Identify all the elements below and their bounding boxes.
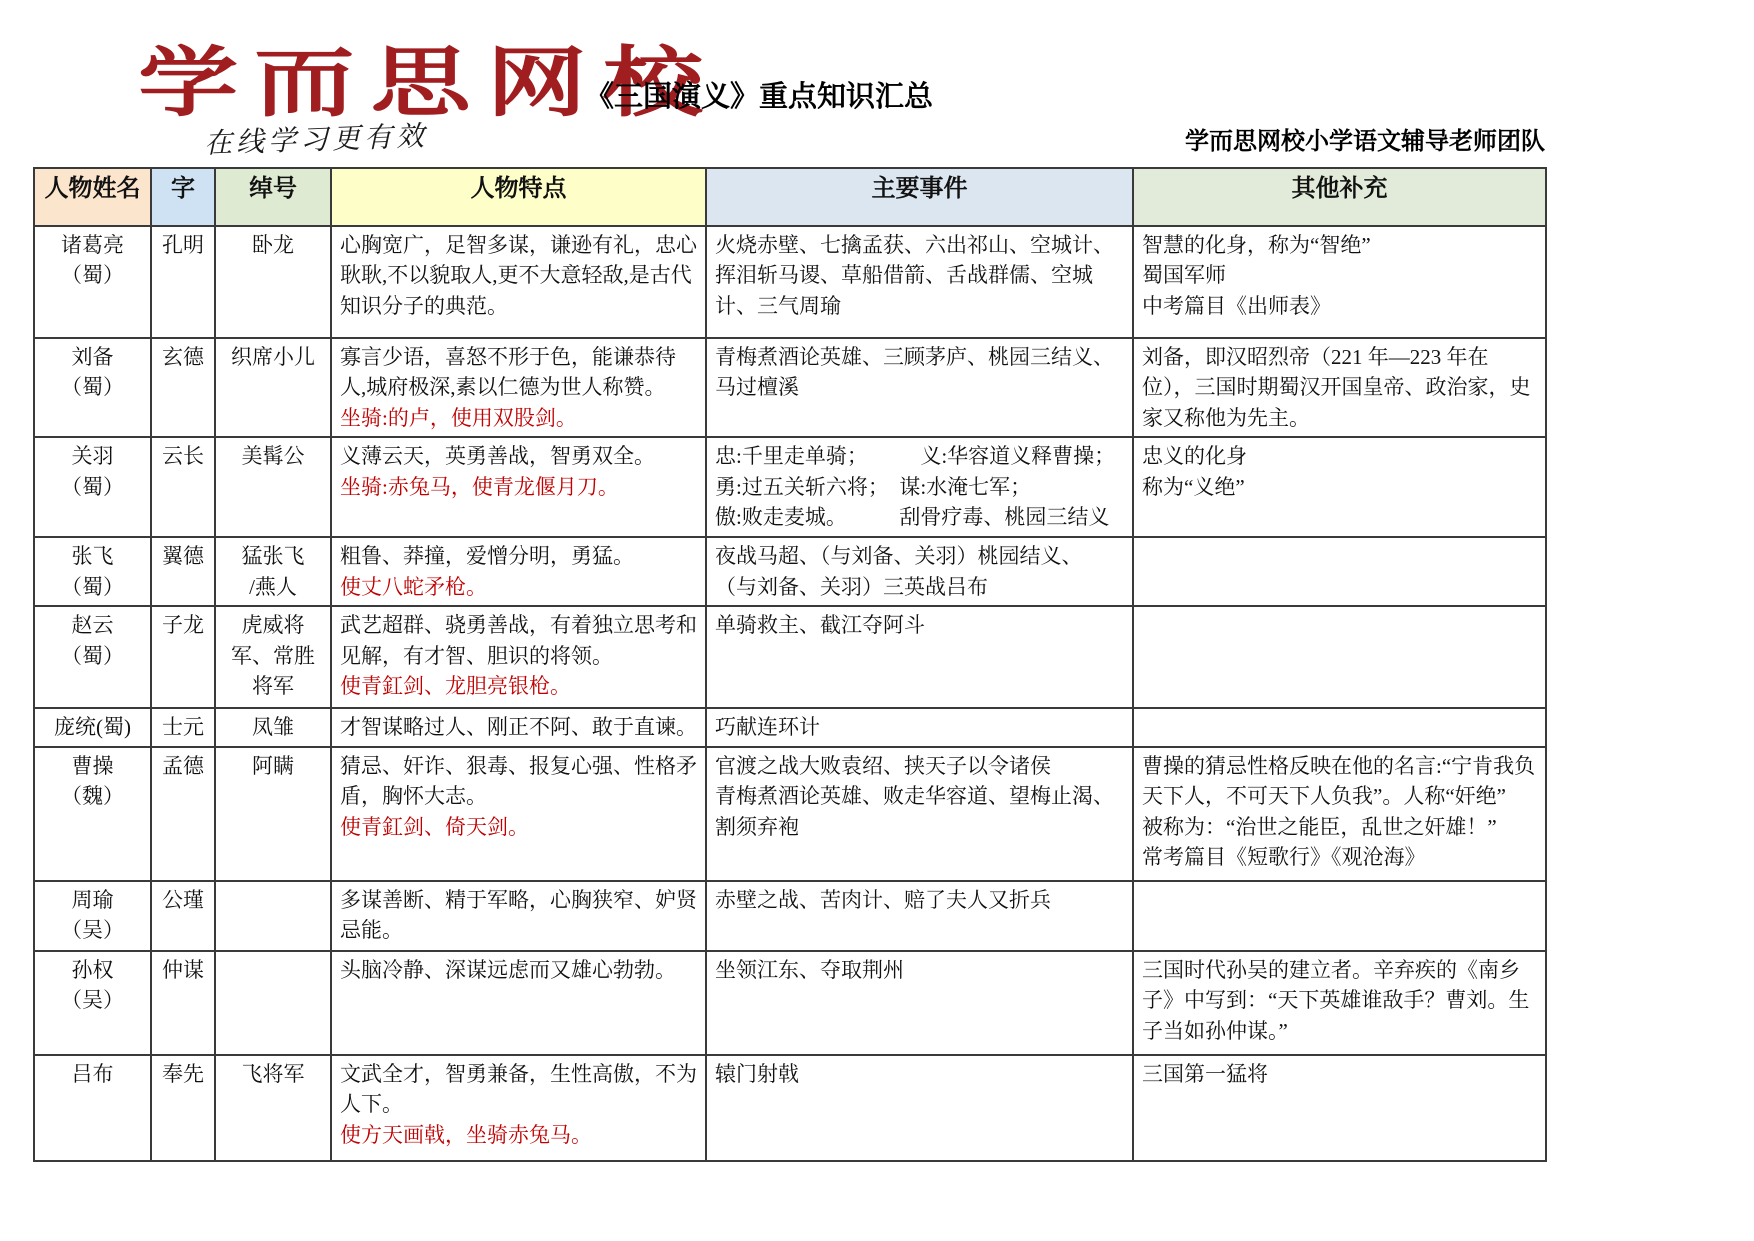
table-row-caocao: 曹操 （魏）孟德阿瞒猜忌、奸诈、狠毒、报复心强、性格矛盾，胸怀大志。使青釭剑、倚… xyxy=(34,747,1546,881)
cell-traits: 才智谋略过人、刚正不阿、敢于直谏。 xyxy=(331,708,706,746)
traits-text: 心胸宽广，足智多谋，谦逊有礼，忠心耿耿,不以貌取人,更不大意轻敌,是古代知识分子… xyxy=(340,233,697,318)
cell-nickname: 阿瞒 xyxy=(215,747,331,881)
cell-traits: 文武全才，智勇兼备，生性高傲，不为人下。使方天画戟，坐骑赤兔马。 xyxy=(331,1055,706,1161)
cell-courtesy-name: 孟德 xyxy=(151,747,215,881)
cell-character-name: 赵云 （蜀） xyxy=(34,606,151,708)
cell-main-events: 青梅煮酒论英雄、三顾茅庐、桃园三结义、马过檀溪 xyxy=(706,338,1133,437)
cell-nickname: 凤雏 xyxy=(215,708,331,746)
cell-main-events: 坐领江东、夺取荆州 xyxy=(706,951,1133,1055)
column-header-courtesy-name: 字 xyxy=(151,168,215,226)
traits-text: 武艺超群、骁勇善战，有着独立思考和见解，有才智、胆识的将领。 xyxy=(340,613,697,667)
column-header-name: 人物姓名 xyxy=(34,168,151,226)
cell-character-name: 吕布 xyxy=(34,1055,151,1161)
traits-highlight-red: 使丈八蛇矛枪。 xyxy=(340,572,697,602)
cell-notes xyxy=(1133,881,1546,951)
table-header: 人物姓名字绰号人物特点主要事件其他补充 xyxy=(34,168,1546,226)
cell-courtesy-name: 仲谋 xyxy=(151,951,215,1055)
table-row-zhangfei: 张飞 （蜀）翼德猛张飞 /燕人粗鲁、莽撞，爱憎分明，勇猛。使丈八蛇矛枪。夜战马超… xyxy=(34,537,1546,606)
traits-highlight-red: 使方天画戟，坐骑赤兔马。 xyxy=(340,1120,697,1150)
cell-character-name: 诸葛亮 （蜀） xyxy=(34,226,151,338)
cell-main-events: 赤壁之战、苦肉计、赔了夫人又折兵 xyxy=(706,881,1133,951)
traits-text: 多谋善断、精于军略，心胸狭窄、妒贤忌能。 xyxy=(340,888,697,942)
traits-highlight-red: 使青釭剑、龙胆亮银枪。 xyxy=(340,671,697,701)
traits-text: 头脑冷静、深谋远虑而又雄心勃勃。 xyxy=(340,958,676,982)
cell-courtesy-name: 士元 xyxy=(151,708,215,746)
traits-text: 猜忌、奸诈、狠毒、报复心强、性格矛盾，胸怀大志。 xyxy=(340,754,697,808)
table-body: 诸葛亮 （蜀）孔明卧龙心胸宽广，足智多谋，谦逊有礼，忠心耿耿,不以貌取人,更不大… xyxy=(34,226,1546,1161)
column-header-nickname: 绰号 xyxy=(215,168,331,226)
traits-text: 义薄云天，英勇善战，智勇双全。 xyxy=(340,444,655,468)
cell-traits: 多谋善断、精于军略，心胸狭窄、妒贤忌能。 xyxy=(331,881,706,951)
traits-highlight-red: 坐骑:赤兔马，使青龙偃月刀。 xyxy=(340,472,697,502)
cell-traits: 寡言少语，喜怒不形于色，能谦恭待人,城府极深,素以仁德为世人称赞。坐骑:的卢，使… xyxy=(331,338,706,437)
cell-character-name: 关羽 （蜀） xyxy=(34,437,151,537)
cell-notes: 三国第一猛将 xyxy=(1133,1055,1546,1161)
cell-traits: 头脑冷静、深谋远虑而又雄心勃勃。 xyxy=(331,951,706,1055)
cell-nickname: 猛张飞 /燕人 xyxy=(215,537,331,606)
cell-traits: 武艺超群、骁勇善战，有着独立思考和见解，有才智、胆识的将领。使青釭剑、龙胆亮银枪… xyxy=(331,606,706,708)
cell-notes xyxy=(1133,606,1546,708)
cell-notes: 曹操的猜忌性格反映在他的名言:“宁肯我负天下人，不可天下人负我”。人称“奸绝” … xyxy=(1133,747,1546,881)
cell-nickname: 飞将军 xyxy=(215,1055,331,1161)
team-credit: 学而思网校小学语文辅导老师团队 xyxy=(1185,121,1545,156)
characters-table: 人物姓名字绰号人物特点主要事件其他补充 诸葛亮 （蜀）孔明卧龙心胸宽广，足智多谋… xyxy=(33,167,1547,1162)
cell-courtesy-name: 公瑾 xyxy=(151,881,215,951)
cell-notes: 忠义的化身 称为“义绝” xyxy=(1133,437,1546,537)
column-header-main-events: 主要事件 xyxy=(706,168,1133,226)
cell-notes: 智慧的化身，称为“智绝” 蜀国军师 中考篇目《出师表》 xyxy=(1133,226,1546,338)
table-row-liubei: 刘备 （蜀）玄德织席小儿寡言少语，喜怒不形于色，能谦恭待人,城府极深,素以仁德为… xyxy=(34,338,1546,437)
traits-text: 寡言少语，喜怒不形于色，能谦恭待人,城府极深,素以仁德为世人称赞。 xyxy=(340,345,676,399)
cell-character-name: 刘备 （蜀） xyxy=(34,338,151,437)
cell-notes xyxy=(1133,708,1546,746)
table-row-guanyu: 关羽 （蜀）云长美髯公义薄云天，英勇善战，智勇双全。坐骑:赤兔马，使青龙偃月刀。… xyxy=(34,437,1546,537)
traits-text: 才智谋略过人、刚正不阿、敢于直谏。 xyxy=(340,715,697,739)
cell-main-events: 夜战马超、（与刘备、关羽）桃园结义、 （与刘备、关羽）三英战吕布 xyxy=(706,537,1133,606)
cell-notes: 刘备，即汉昭烈帝（221 年—223 年在位），三国时期蜀汉开国皇帝、政治家，史… xyxy=(1133,338,1546,437)
cell-courtesy-name: 玄德 xyxy=(151,338,215,437)
traits-highlight-red: 坐骑:的卢，使用双股剑。 xyxy=(340,403,697,433)
cell-main-events: 火烧赤壁、七擒孟获、六出祁山、空城计、挥泪斩马谡、草船借箭、舌战群儒、空城计、三… xyxy=(706,226,1133,338)
cell-nickname: 卧龙 xyxy=(215,226,331,338)
cell-character-name: 孙权 （吴） xyxy=(34,951,151,1055)
cell-notes: 三国时代孙吴的建立者。辛弃疾的《南乡子》中写到：“天下英雄谁敌手？曹刘。生子当如… xyxy=(1133,951,1546,1055)
cell-character-name: 张飞 （蜀） xyxy=(34,537,151,606)
cell-main-events: 单骑救主、截江夺阿斗 xyxy=(706,606,1133,708)
cell-nickname xyxy=(215,951,331,1055)
table-row-pangtong: 庞统(蜀)士元凤雏才智谋略过人、刚正不阿、敢于直谏。巧献连环计 xyxy=(34,708,1546,746)
cell-courtesy-name: 翼德 xyxy=(151,537,215,606)
traits-highlight-red: 使青釭剑、倚天剑。 xyxy=(340,812,697,842)
cell-main-events: 巧献连环计 xyxy=(706,708,1133,746)
cell-courtesy-name: 云长 xyxy=(151,437,215,537)
cell-traits: 义薄云天，英勇善战，智勇双全。坐骑:赤兔马，使青龙偃月刀。 xyxy=(331,437,706,537)
cell-courtesy-name: 奉先 xyxy=(151,1055,215,1161)
table-row-zhugeliang: 诸葛亮 （蜀）孔明卧龙心胸宽广，足智多谋，谦逊有礼，忠心耿耿,不以貌取人,更不大… xyxy=(34,226,1546,338)
cell-nickname: 美髯公 xyxy=(215,437,331,537)
column-header-traits: 人物特点 xyxy=(331,168,706,226)
cell-nickname: 织席小儿 xyxy=(215,338,331,437)
cell-courtesy-name: 孔明 xyxy=(151,226,215,338)
cell-traits: 猜忌、奸诈、狠毒、报复心强、性格矛盾，胸怀大志。使青釭剑、倚天剑。 xyxy=(331,747,706,881)
cell-nickname: 虎威将军、常胜将军 xyxy=(215,606,331,708)
cell-main-events: 忠:千里走单骑； 义:华容道义释曹操； 勇:过五关斩六将； 谋:水淹七军； 傲:… xyxy=(706,437,1133,537)
cell-traits: 心胸宽广，足智多谋，谦逊有礼，忠心耿耿,不以貌取人,更不大意轻敌,是古代知识分子… xyxy=(331,226,706,338)
cell-courtesy-name: 子龙 xyxy=(151,606,215,708)
table-row-zhouyu: 周瑜 （吴）公瑾多谋善断、精于军略，心胸狭窄、妒贤忌能。赤壁之战、苦肉计、赔了夫… xyxy=(34,881,1546,951)
logo-tagline: 在线学习更有效 xyxy=(203,114,428,162)
traits-text: 文武全才，智勇兼备，生性高傲，不为人下。 xyxy=(340,1062,697,1116)
cell-traits: 粗鲁、莽撞，爱憎分明，勇猛。使丈八蛇矛枪。 xyxy=(331,537,706,606)
cell-main-events: 辕门射戟 xyxy=(706,1055,1133,1161)
document-title: 《三国演义》重点知识汇总 xyxy=(585,74,933,115)
cell-character-name: 周瑜 （吴） xyxy=(34,881,151,951)
cell-main-events: 官渡之战大败袁绍、挟天子以令诸侯 青梅煮酒论英雄、败走华容道、望梅止渴、割须弃袍 xyxy=(706,747,1133,881)
column-header-notes: 其他补充 xyxy=(1133,168,1546,226)
traits-text: 粗鲁、莽撞，爱憎分明，勇猛。 xyxy=(340,544,634,568)
table-row-lvbu: 吕布奉先飞将军文武全才，智勇兼备，生性高傲，不为人下。使方天画戟，坐骑赤兔马。辕… xyxy=(34,1055,1546,1161)
cell-character-name: 曹操 （魏） xyxy=(34,747,151,881)
cell-nickname xyxy=(215,881,331,951)
header-row: 人物姓名字绰号人物特点主要事件其他补充 xyxy=(34,168,1546,226)
cell-notes xyxy=(1133,537,1546,606)
table-row-sunquan: 孙权 （吴）仲谋头脑冷静、深谋远虑而又雄心勃勃。坐领江东、夺取荆州三国时代孙吴的… xyxy=(34,951,1546,1055)
table-row-zhaoyun: 赵云 （蜀）子龙虎威将军、常胜将军武艺超群、骁勇善战，有着独立思考和见解，有才智… xyxy=(34,606,1546,708)
cell-character-name: 庞统(蜀) xyxy=(34,708,151,746)
page: 学而思网校 在线学习更有效 《三国演义》重点知识汇总 学而思网校小学语文辅导老师… xyxy=(0,0,1754,1241)
